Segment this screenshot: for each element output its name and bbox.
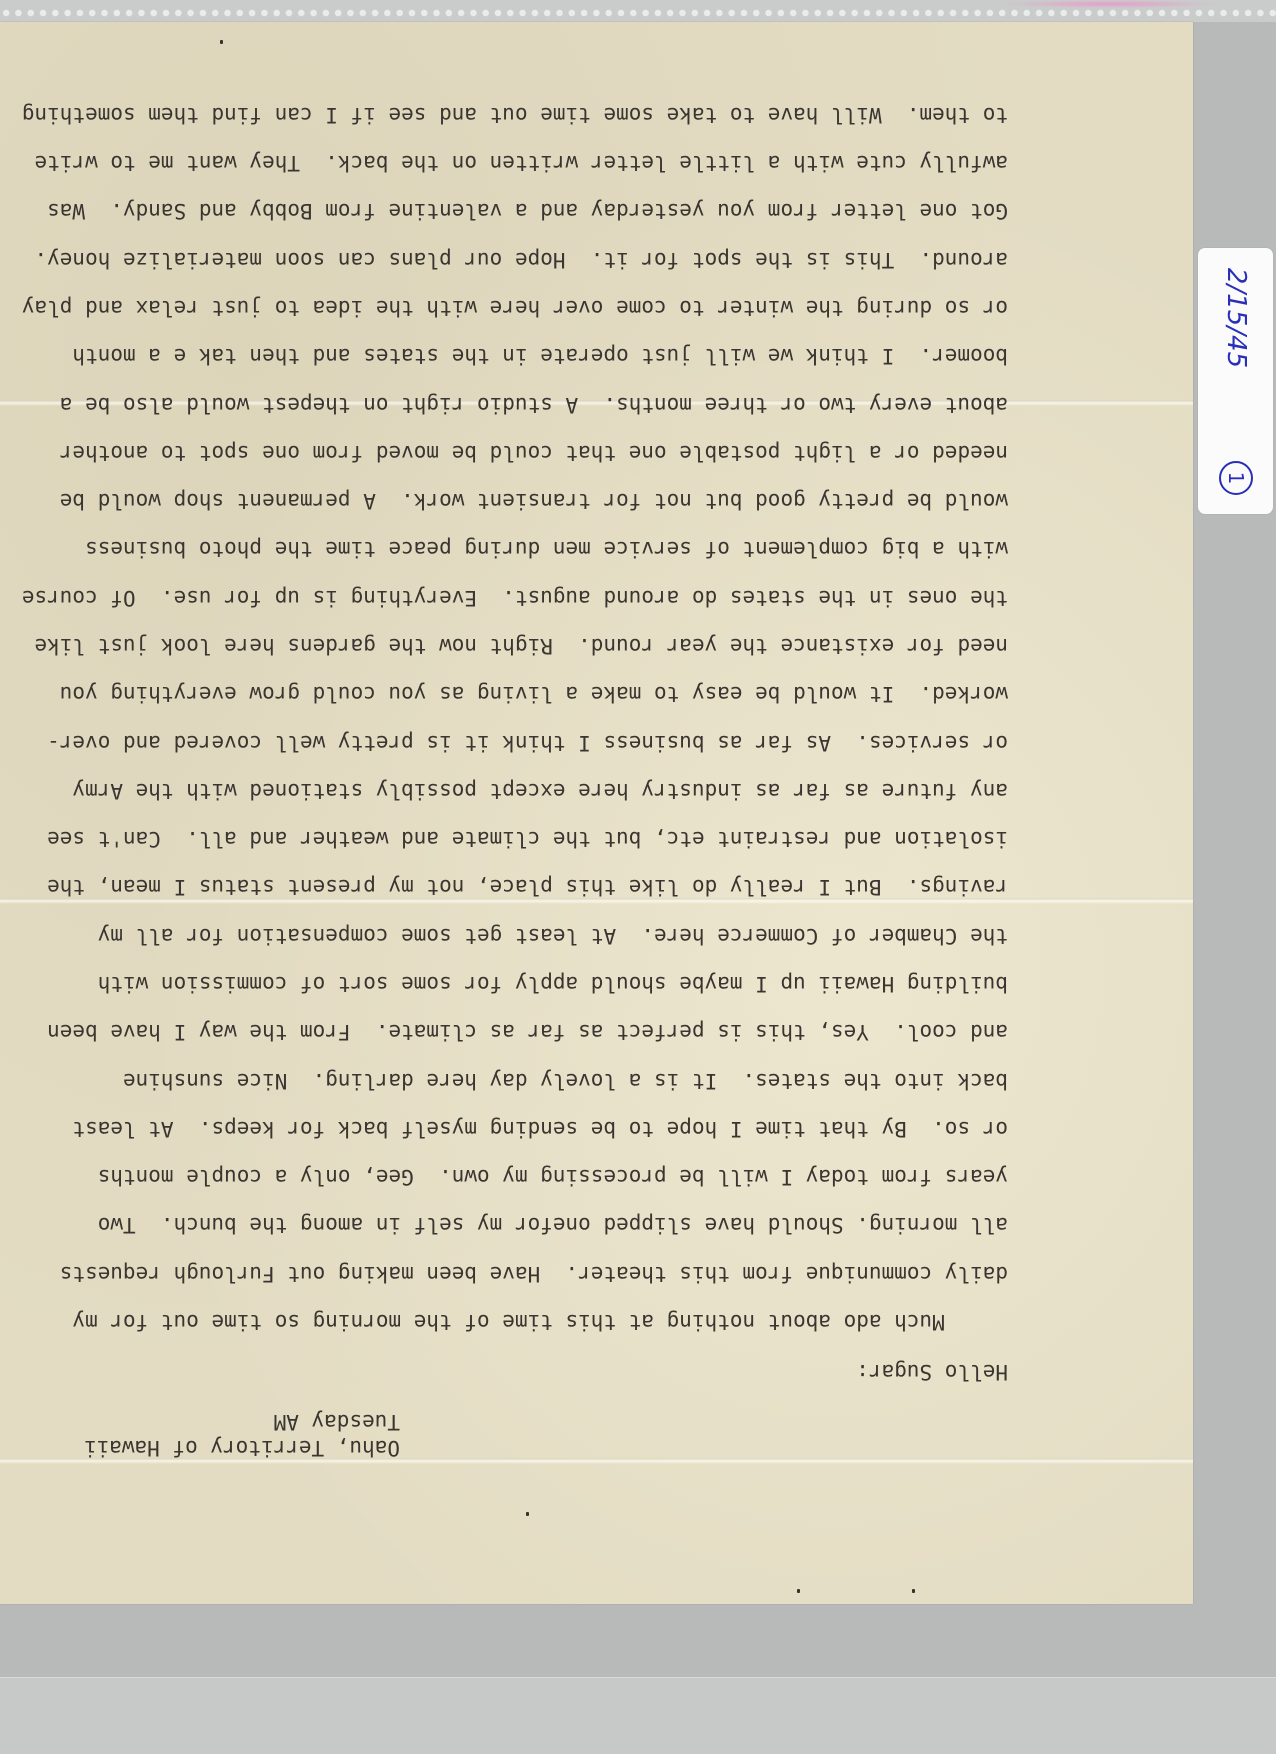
letter-body-line: the ones in the states do around august.… (22, 586, 1008, 610)
letter-body-line: building Hawaii up I maybe should apply … (98, 972, 1008, 996)
sleeve-top-edge (0, 0, 1276, 22)
letter-body-line: ravings. But I really do like this place… (47, 875, 1008, 899)
sleeve-lower-band (0, 1677, 1276, 1754)
ink-speck (220, 40, 223, 44)
letter-body-line: awfully cute with a little letter writte… (34, 151, 1008, 175)
letter-body-line: Much ado about nothing at this time of t… (72, 1310, 1008, 1334)
ink-speck (912, 1589, 915, 1593)
letter-body-line: or services. As far as business I think … (47, 731, 1008, 755)
letter-body-line: boomer. I think we will just operate in … (72, 344, 1008, 368)
letter-body-line: need for existance the year round. Right… (34, 634, 1008, 658)
letter-body-line: around. This is the spot for it. Hope ou… (34, 248, 1008, 272)
letter-body-line: or so. By that time I hope to be sending… (72, 1117, 1008, 1141)
ink-speck (526, 1512, 529, 1516)
letter-body-line: all morning. Should have slipped onefor … (98, 1213, 1008, 1237)
letter-body-line: about every two or three months. A studi… (60, 393, 1008, 417)
letter-body-line: the Chamber of Commerce here. At least g… (98, 924, 1008, 948)
archive-index-tab: 2/15/45 1 (1198, 248, 1273, 514)
sleeve-perforation (0, 8, 1276, 18)
letter-body-line: would be pretty good but not for transie… (60, 489, 1008, 513)
letter-body-line: to them. Will have to take some time out… (22, 103, 1008, 127)
scan-glare (1000, 0, 1220, 8)
tab-date-handwritten: 2/15/45 (1221, 268, 1251, 368)
letter-body-line: any future as far as industry here excep… (72, 779, 1008, 803)
letter-body-line: daily communique from this theater. Have… (60, 1262, 1008, 1286)
letter-location: Oahu, Territory of Hawaii (84, 1436, 400, 1460)
letter-salutation: Hello Sugar: (856, 1360, 1008, 1384)
tab-page-number-circled: 1 (1219, 461, 1253, 495)
letter-body-line: Got one letter from you yesterday and a … (47, 199, 1008, 223)
letter-page: Oahu, Territory of Hawaii Tuesday AM Hel… (0, 22, 1193, 1604)
ink-speck (797, 1589, 800, 1593)
letter-body-line: with a big complement of service men dur… (85, 537, 1008, 561)
letter-body-line: or so during the winter to come over her… (22, 296, 1008, 320)
letter-body-line: back into the states. It is a lovely day… (123, 1069, 1008, 1093)
page-number: 1 (1224, 472, 1248, 485)
letter-body-line: worked. It would be easy to make a livin… (60, 682, 1008, 706)
letter-date: Tuesday AM (274, 1410, 400, 1434)
letter-body-line: needed or a light postable one that coul… (60, 441, 1008, 465)
letter-body-line: years from today I will be processing my… (98, 1165, 1008, 1189)
letter-body-line: isolation and restraint etc, but the cli… (47, 827, 1008, 851)
letter-body-line: and cool. Yes, this is perfect as far as… (47, 1020, 1008, 1044)
